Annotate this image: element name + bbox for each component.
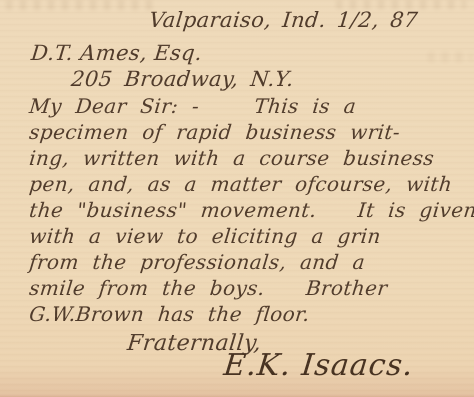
letter-body-line: My Dear Sir: - This is a	[28, 93, 358, 119]
handwritten-letter-scan: Valparaiso, Ind. 1/2, 87 D.T. Ames, Esq.…	[0, 0, 474, 397]
letter-body-line: specimen of rapid business writ-	[28, 119, 402, 145]
letter-body-line: G.W.Brown has the floor.	[28, 301, 311, 327]
letter-recipient-address: 205 Broadway, N.Y.	[70, 67, 295, 91]
letter-body-line: ing, written with a course business	[28, 145, 436, 171]
ink-bleed-through-mark	[428, 52, 472, 62]
letter-dateline: Valparaiso, Ind. 1/2, 87	[148, 8, 419, 32]
letter-body-line: with a view to eliciting a grin	[28, 223, 382, 249]
letter-body-line: smile from the boys. Brother	[28, 275, 389, 301]
letter-body-line: pen, and, as a matter ofcourse, with	[28, 171, 454, 197]
letter-body-line: the "business" movement. It is given	[28, 197, 474, 223]
letter-signature: E.K. Isaacs.	[222, 348, 415, 383]
letter-recipient: D.T. Ames, Esq.	[30, 41, 203, 65]
letter-body-line: from the professionals, and a	[28, 249, 366, 275]
ink-bleed-through-mark	[6, 0, 156, 10]
